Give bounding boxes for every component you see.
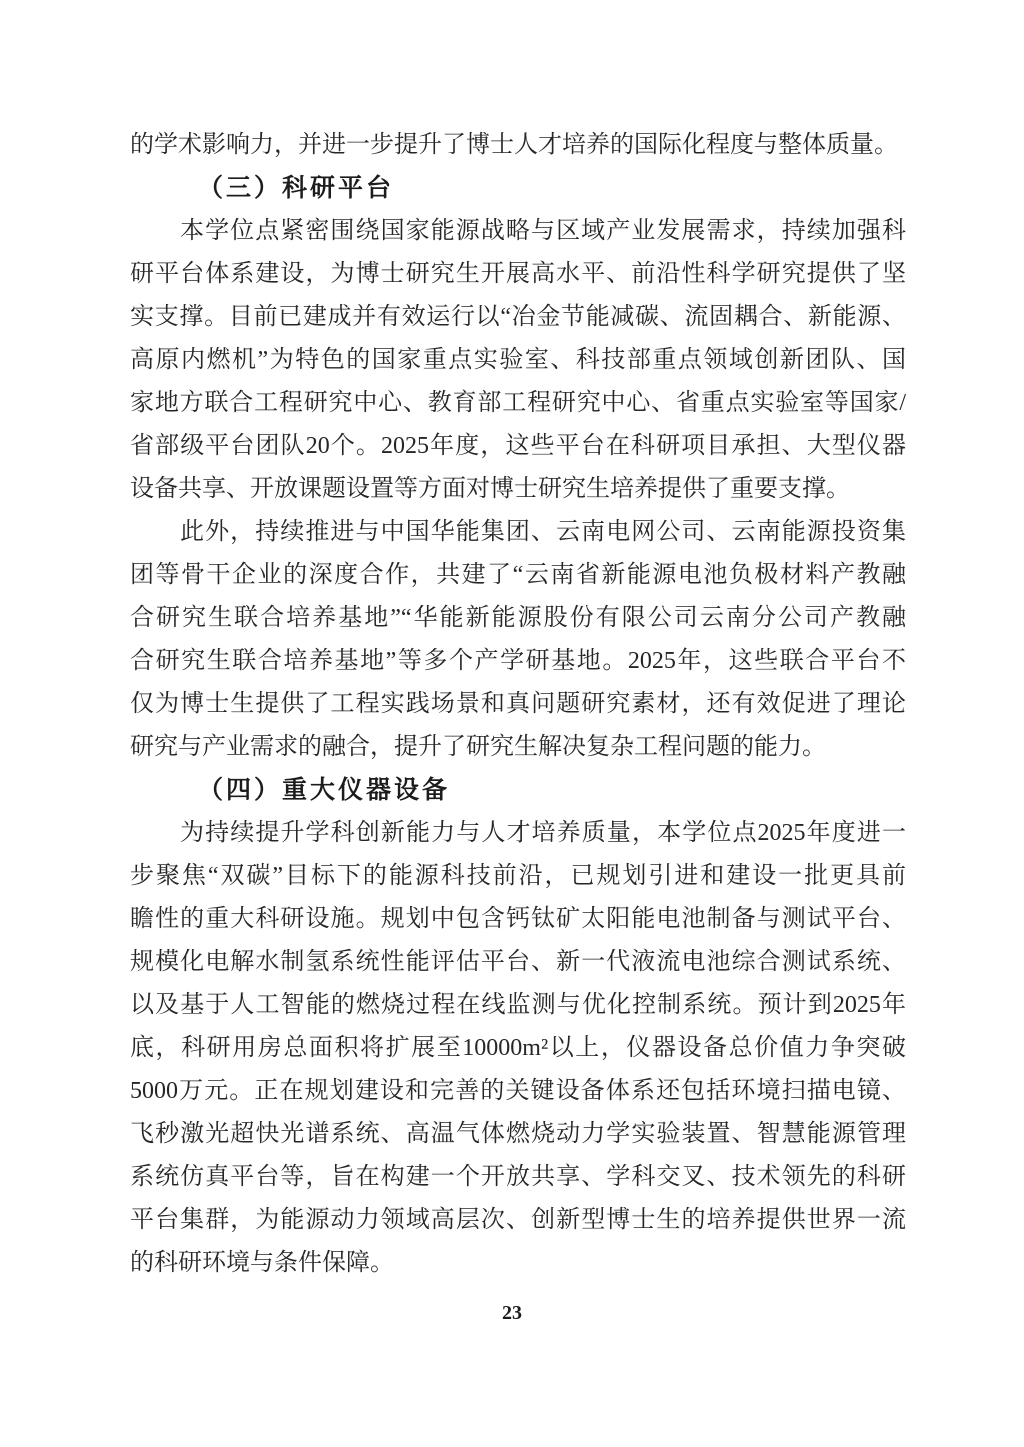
text-line: 本学位点紧密围绕国家能源战略与区域产业发展需求，持续加强科	[130, 210, 906, 253]
text-line: 省部级平台团队20个。2025年度，这些平台在科研项目承担、大型仪器	[130, 425, 906, 468]
text-line: 5000万元。正在规划建设和完善的关键设备体系还包括环境扫描电镜、	[130, 1070, 906, 1113]
text-line: 合研究生联合培养基地”“华能新能源股份有限公司云南分公司产教融	[130, 597, 906, 640]
text-line: 实支撑。目前已建成并有效运行以“冶金节能减碳、流固耦合、新能源、	[130, 296, 906, 339]
text-line: 的学术影响力，并进一步提升了博士人才培养的国际化程度与整体质量。	[130, 124, 906, 167]
text-line: 步聚焦“双碳”目标下的能源科技前沿，已规划引进和建设一批更具前	[130, 855, 906, 898]
text-line: 以及基于人工智能的燃烧过程在线监测与优化控制系统。预计到2025年	[130, 984, 906, 1027]
text-line: 底，科研用房总面积将扩展至10000m²以上，仪器设备总价值力争突破	[130, 1027, 906, 1070]
text-line: 仅为博士生提供了工程实践场景和真问题研究素材，还有效促进了理论	[130, 683, 906, 726]
text-line: 规模化电解水制氢系统性能评估平台、新一代液流电池综合测试系统、	[130, 941, 906, 984]
text-line: 飞秒激光超快光谱系统、高温气体燃烧动力学实验装置、智慧能源管理	[130, 1113, 906, 1156]
text-line: 团等骨干企业的深度合作，共建了“云南省新能源电池负极材料产教融	[130, 554, 906, 597]
text-line: 家地方联合工程研究中心、教育部工程研究中心、省重点实验室等国家/	[130, 382, 906, 425]
text-line: 的科研环境与条件保障。	[130, 1242, 906, 1285]
page-number: 23	[0, 1302, 1024, 1325]
text-line: 研平台体系建设，为博士研究生开展高水平、前沿性科学研究提供了坚	[130, 253, 906, 296]
text-line: 合研究生联合培养基地”等多个产学研基地。2025年，这些联合平台不	[130, 640, 906, 683]
text-line: 平台集群，为能源动力领域高层次、创新型博士生的培养提供世界一流	[130, 1199, 906, 1242]
document-body: 的学术影响力，并进一步提升了博士人才培养的国际化程度与整体质量。（三）科研平台本…	[130, 124, 906, 1285]
section-heading: （四）重大仪器设备	[130, 769, 906, 812]
text-line: 系统仿真平台等，旨在构建一个开放共享、学科交叉、技术领先的科研	[130, 1156, 906, 1199]
text-line: 为持续提升学科创新能力与人才培养质量，本学位点2025年度进一	[130, 812, 906, 855]
text-line: 此外，持续推进与中国华能集团、云南电网公司、云南能源投资集	[130, 511, 906, 554]
section-heading: （三）科研平台	[130, 167, 906, 210]
text-line: 研究与产业需求的融合，提升了研究生解决复杂工程问题的能力。	[130, 726, 906, 769]
text-line: 瞻性的重大科研设施。规划中包含钙钛矿太阳能电池制备与测试平台、	[130, 898, 906, 941]
document-page: 的学术影响力，并进一步提升了博士人才培养的国际化程度与整体质量。（三）科研平台本…	[0, 0, 1024, 1447]
text-line: 设备共享、开放课题设置等方面对博士研究生培养提供了重要支撑。	[130, 468, 906, 511]
text-line: 高原内燃机”为特色的国家重点实验室、科技部重点领域创新团队、国	[130, 339, 906, 382]
